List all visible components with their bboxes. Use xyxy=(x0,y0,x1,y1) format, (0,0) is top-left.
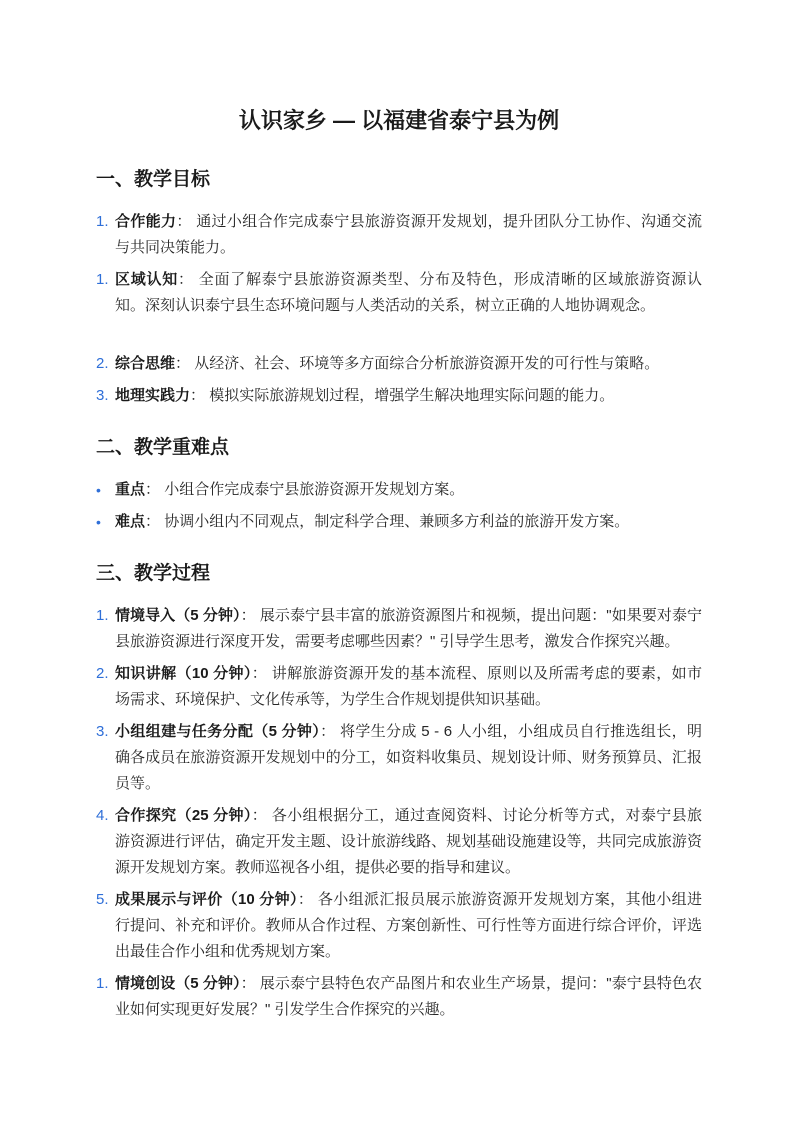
list-item: 1. 情境导入（5 分钟）： 展示泰宁县丰富的旅游资源图片和视频，提出问题："如… xyxy=(96,603,702,655)
section-list: 1. 合作能力： 通过小组合作完成泰宁县旅游资源开发规划，提升团队分工协作、沟通… xyxy=(96,209,702,409)
list-marker: 1. xyxy=(96,603,115,629)
list-item: 2. 知识讲解（10 分钟）： 讲解旅游资源开发的基本流程、原则以及所需考虑的要… xyxy=(96,661,702,713)
document-body: 一、教学目标 1. 合作能力： 通过小组合作完成泰宁县旅游资源开发规划，提升团队… xyxy=(96,167,702,1023)
item-label: 成果展示与评价（10 分钟） xyxy=(115,891,298,908)
list-item: 5. 成果展示与评价（10 分钟）： 各小组派汇报员展示旅游资源开发规划方案，其… xyxy=(96,887,702,965)
item-separator: ： xyxy=(320,723,340,740)
list-item: • 重点： 小组合作完成泰宁县旅游资源开发规划方案。 xyxy=(96,477,702,503)
list-item: 1. 合作能力： 通过小组合作完成泰宁县旅游资源开发规划，提升团队分工协作、沟通… xyxy=(96,209,702,261)
section-heading: 一、教学目标 xyxy=(96,167,702,193)
list-item: • 难点： 协调小组内不同观点，制定科学合理、兼顾多方利益的旅游开发方案。 xyxy=(96,509,702,535)
list-item-body: 情境创设（5 分钟）： 展示泰宁县特色农产品图片和农业生产场景，提问："泰宁县特… xyxy=(115,971,702,1023)
list-marker: 4. xyxy=(96,803,115,829)
list-marker: 2. xyxy=(96,351,115,377)
item-separator: ： xyxy=(241,607,260,624)
list-item-body: 地理实践力： 模拟实际旅游规划过程，增强学生解决地理实际问题的能力。 xyxy=(115,383,702,409)
list-marker: 1. xyxy=(96,267,115,293)
item-separator: ： xyxy=(175,355,194,372)
item-text: 从经济、社会、环境等多方面综合分析旅游资源开发的可行性与策略。 xyxy=(194,355,659,372)
item-separator: ： xyxy=(241,975,260,992)
item-separator: ： xyxy=(145,481,164,498)
list-item-body: 重点： 小组合作完成泰宁县旅游资源开发规划方案。 xyxy=(115,477,702,503)
list-item: 3. 小组组建与任务分配（5 分钟）： 将学生分成 5 - 6 人小组，小组成员… xyxy=(96,719,702,797)
list-item: 2. 综合思维： 从经济、社会、环境等多方面综合分析旅游资源开发的可行性与策略。 xyxy=(96,351,702,377)
item-separator: ： xyxy=(190,387,209,404)
item-separator: ： xyxy=(252,807,272,824)
list-marker: 3. xyxy=(96,719,115,745)
list-item-body: 知识讲解（10 分钟）： 讲解旅游资源开发的基本流程、原则以及所需考虑的要素，如… xyxy=(115,661,702,713)
item-label: 情境创设（5 分钟） xyxy=(115,975,241,992)
list-item-body: 难点： 协调小组内不同观点，制定科学合理、兼顾多方利益的旅游开发方案。 xyxy=(115,509,702,535)
item-label: 区域认知 xyxy=(115,271,178,288)
list-item: 4. 合作探究（25 分钟）： 各小组根据分工，通过查阅资料、讨论分析等方式，对… xyxy=(96,803,702,881)
item-label: 情境导入（5 分钟） xyxy=(115,607,241,624)
doc-section: 一、教学目标 1. 合作能力： 通过小组合作完成泰宁县旅游资源开发规划，提升团队… xyxy=(96,167,702,409)
bullet-icon: • xyxy=(96,477,115,503)
list-item: 3. 地理实践力： 模拟实际旅游规划过程，增强学生解决地理实际问题的能力。 xyxy=(96,383,702,409)
item-label: 合作能力 xyxy=(115,213,176,230)
item-text: 小组合作完成泰宁县旅游资源开发规划方案。 xyxy=(164,481,464,498)
item-label: 小组组建与任务分配（5 分钟） xyxy=(115,723,320,740)
item-text: 协调小组内不同观点，制定科学合理、兼顾多方利益的旅游开发方案。 xyxy=(164,513,629,530)
item-label: 综合思维 xyxy=(115,355,175,372)
list-marker: 1. xyxy=(96,209,115,235)
doc-section: 三、教学过程 1. 情境导入（5 分钟）： 展示泰宁县丰富的旅游资源图片和视频，… xyxy=(96,561,702,1023)
item-separator: ： xyxy=(298,891,318,908)
document-title: 认识家乡 — 以福建省泰宁县为例 xyxy=(96,106,702,136)
list-marker: 2. xyxy=(96,661,115,687)
item-label: 合作探究（25 分钟） xyxy=(115,807,252,824)
list-marker: 5. xyxy=(96,887,115,913)
item-separator: ： xyxy=(178,271,199,288)
doc-section: 二、教学重难点 • 重点： 小组合作完成泰宁县旅游资源开发规划方案。 • 难点：… xyxy=(96,435,702,535)
list-item-body: 小组组建与任务分配（5 分钟）： 将学生分成 5 - 6 人小组，小组成员自行推… xyxy=(115,719,702,797)
list-item-body: 综合思维： 从经济、社会、环境等多方面综合分析旅游资源开发的可行性与策略。 xyxy=(115,351,702,377)
list-item: 1. 区域认知： 全面了解泰宁县旅游资源类型、分布及特色，形成清晰的区域旅游资源… xyxy=(96,267,702,319)
list-marker: 3. xyxy=(96,383,115,409)
list-item-body: 成果展示与评价（10 分钟）： 各小组派汇报员展示旅游资源开发规划方案，其他小组… xyxy=(115,887,702,965)
list-item-body: 合作探究（25 分钟）： 各小组根据分工，通过查阅资料、讨论分析等方式，对泰宁县… xyxy=(115,803,702,881)
item-label: 重点 xyxy=(115,481,145,498)
item-label: 地理实践力 xyxy=(115,387,190,404)
document-page: 认识家乡 — 以福建省泰宁县为例 一、教学目标 1. 合作能力： 通过小组合作完… xyxy=(0,0,794,1123)
section-heading: 二、教学重难点 xyxy=(96,435,702,461)
section-list: 1. 情境导入（5 分钟）： 展示泰宁县丰富的旅游资源图片和视频，提出问题："如… xyxy=(96,603,702,1023)
list-marker: 1. xyxy=(96,971,115,997)
item-separator: ： xyxy=(176,213,196,230)
item-separator: ： xyxy=(145,513,164,530)
bullet-icon: • xyxy=(96,509,115,535)
item-text: 模拟实际旅游规划过程，增强学生解决地理实际问题的能力。 xyxy=(209,387,614,404)
list-item-body: 情境导入（5 分钟）： 展示泰宁县丰富的旅游资源图片和视频，提出问题："如果要对… xyxy=(115,603,702,655)
item-label: 知识讲解（10 分钟） xyxy=(115,665,252,682)
item-label: 难点 xyxy=(115,513,145,530)
list-item: 1. 情境创设（5 分钟）： 展示泰宁县特色农产品图片和农业生产场景，提问："泰… xyxy=(96,971,702,1023)
section-list: • 重点： 小组合作完成泰宁县旅游资源开发规划方案。 • 难点： 协调小组内不同… xyxy=(96,477,702,535)
list-item-body: 合作能力： 通过小组合作完成泰宁县旅游资源开发规划，提升团队分工协作、沟通交流与… xyxy=(115,209,702,261)
section-heading: 三、教学过程 xyxy=(96,561,702,587)
item-text: 全面了解泰宁县旅游资源类型、分布及特色，形成清晰的区域旅游资源认知。深刻认识泰宁… xyxy=(115,271,702,314)
list-item-body: 区域认知： 全面了解泰宁县旅游资源类型、分布及特色，形成清晰的区域旅游资源认知。… xyxy=(115,267,702,319)
item-separator: ： xyxy=(252,665,272,682)
item-text: 通过小组合作完成泰宁县旅游资源开发规划，提升团队分工协作、沟通交流与共同决策能力… xyxy=(115,213,702,256)
